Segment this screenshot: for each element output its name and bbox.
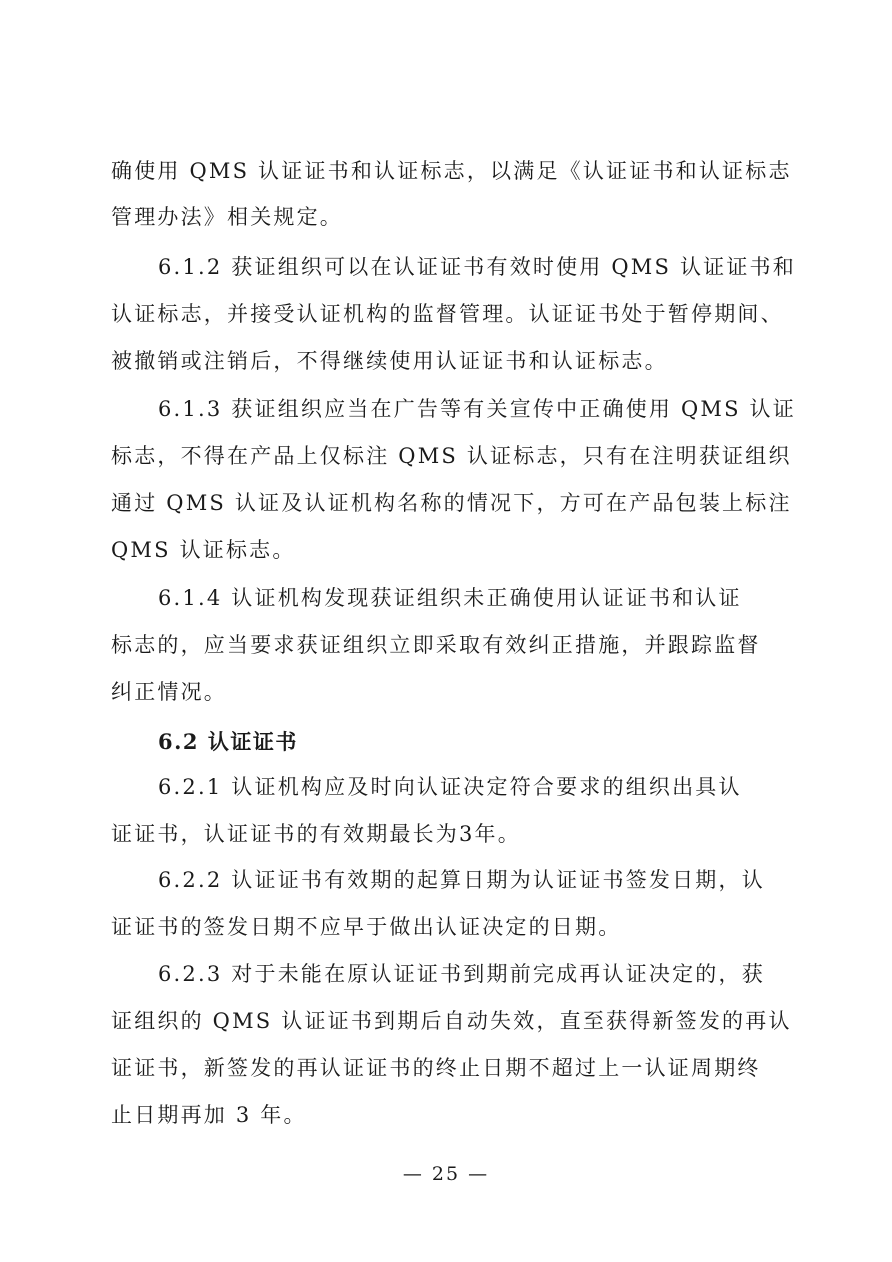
body-text-line: 管理办法》相关规定。 — [111, 204, 343, 230]
body-text-line: 确使用 QMS 认证证书和认证标志，以满足《认证证书和认证标志 — [111, 158, 792, 184]
body-text-line: 认证标志，并接受认证机构的监督管理。认证证书处于暂停期间、 — [111, 301, 784, 327]
document-page: 确使用 QMS 认证证书和认证标志，以满足《认证证书和认证标志 管理办法》相关规… — [0, 0, 892, 1262]
clause-6-1-2: 6.1.2 获证组织可以在认证证书有效时使用 QMS 认证证书和 — [158, 254, 796, 280]
clause-6-1-3: 6.1.3 获证组织应当在广告等有关宣传中正确使用 QMS 认证 — [158, 396, 796, 422]
body-text-line: 证证书的签发日期不应早于做出认证决定的日期。 — [111, 914, 621, 940]
body-text-line: 标志，不得在产品上仅标注 QMS 认证标志，只有在注明获证组织 — [111, 443, 792, 469]
body-text-line: 证证书，新签发的再认证证书的终止日期不超过上一认证周期终 — [111, 1055, 761, 1081]
page-number: — 25 — — [0, 1163, 892, 1185]
clause-6-2-1: 6.2.1 认证机构应及时向认证决定符合要求的组织出具认 — [158, 774, 742, 800]
body-text-line: 证组织的 QMS 认证证书到期后自动失效，直至获得新签发的再认 — [111, 1008, 792, 1034]
body-text-line: 证证书，认证证书的有效期最长为3年。 — [111, 821, 521, 847]
clause-6-1-4: 6.1.4 认证机构发现获证组织未正确使用认证证书和认证 — [158, 585, 742, 611]
section-heading-6-2: 6.2 认证证书 — [158, 729, 298, 755]
clause-6-2-3: 6.2.3 对于未能在原认证证书到期前完成再认证决定的，获 — [158, 961, 765, 987]
body-text-line: 通过 QMS 认证及认证机构名称的情况下，方可在产品包装上标注 — [111, 490, 792, 516]
body-text-line: 标志的，应当要求获证组织立即采取有效纠正措施，并跟踪监督 — [111, 632, 761, 658]
body-text-line: QMS 认证标志。 — [111, 537, 296, 563]
body-text-line: 止日期再加 3 年。 — [111, 1102, 307, 1128]
clause-6-2-2: 6.2.2 认证证书有效期的起算日期为认证证书签发日期，认 — [158, 867, 765, 893]
body-text-line: 被撤销或注销后，不得继续使用认证证书和认证标志。 — [111, 348, 668, 374]
body-text-line: 纠正情况。 — [111, 679, 227, 705]
